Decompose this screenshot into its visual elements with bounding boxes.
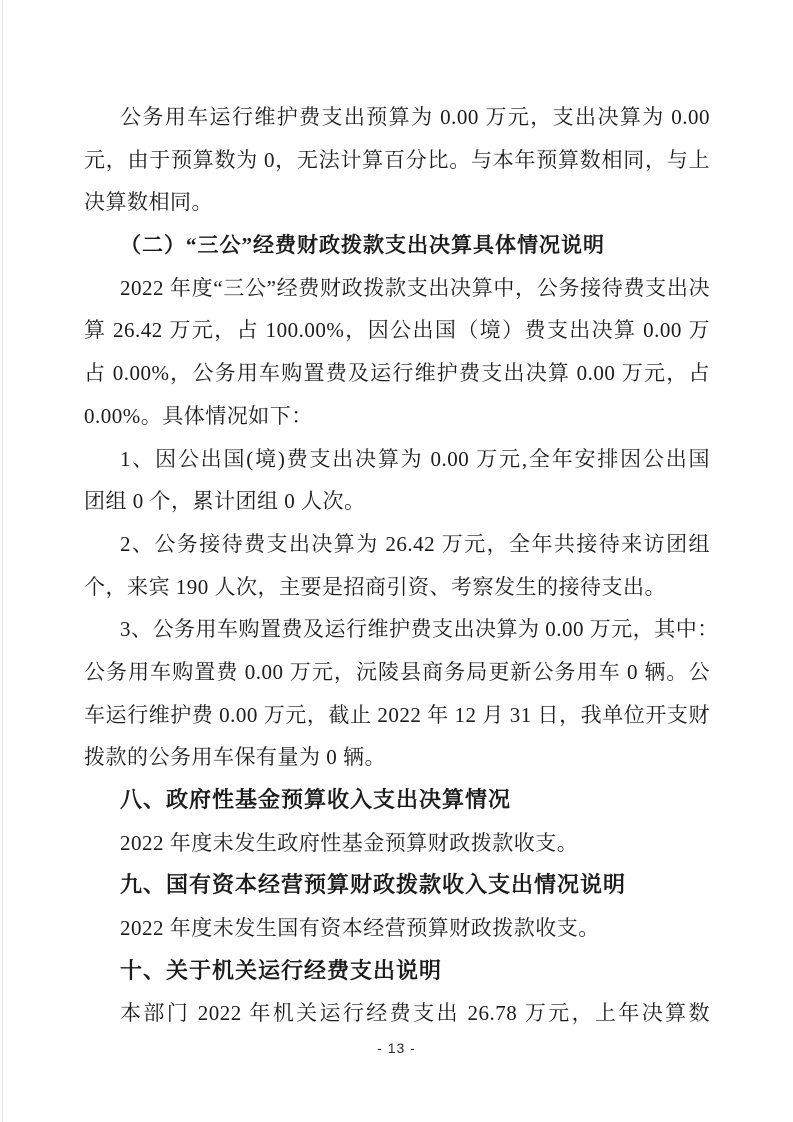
scan-edge-artifact (2, 0, 3, 1122)
paragraph-line: 算 26.42 万元，占 100.00%，因公出国（境）费支出决算 0.00 万… (84, 309, 710, 352)
paragraph-line: 车运行维护费 0.00 万元，截止 2022 年 12 月 31 日，我单位开支… (84, 694, 710, 737)
paragraph-line: 拨款的公务用车保有量为 0 辆。 (84, 736, 710, 779)
heading-section-2: （二）“三公”经费财政拨款支出决算具体情况说明 (84, 224, 710, 267)
page-number: - 13 - (0, 1038, 793, 1058)
paragraph-line: 2022 年度“三公”经费财政拨款支出决算中，公务接待费支出决 (84, 267, 710, 310)
paragraph-line: 本部门 2022 年机关运行经费支出 26.78 万元，上年决算数 79.98 (84, 992, 710, 1035)
paragraph-line: 占 0.00%，公务用车购置费及运行维护费支出决算 0.00 万元，占 (84, 352, 710, 395)
paragraph-line: 0.00%。具体情况如下： (84, 395, 710, 438)
paragraph-line: 公务用车运行维护费支出预算为 0.00 万元，支出决算为 0.00 万 (84, 96, 710, 139)
paragraph-line: 1、因公出国(境)费支出决算为 0.00 万元,全年安排因公出国(境) (84, 438, 710, 481)
paragraph-line: 公务用车购置费 0.00 万元，沅陵县商务局更新公务用车 0 辆。公务用 (84, 651, 710, 694)
paragraph-line: 2022 年度未发生国有资本经营预算财政拨款收支。 (84, 907, 710, 950)
paragraph-line: 元，由于预算数为 0，无法计算百分比。与本年预算数相同，与上年 (84, 139, 710, 182)
paragraph-line: 个，来宾 190 人次，主要是招商引资、考察发生的接待支出。 (84, 566, 710, 609)
heading-section-9: 九、国有资本经营预算财政拨款收入支出情况说明 (84, 864, 710, 907)
paragraph-line: 决算数相同。 (84, 181, 710, 224)
paragraph-line: 2022 年度未发生政府性基金预算财政拨款收支。 (84, 822, 710, 865)
paragraph-line: 3、公务用车购置费及运行维护费支出决算为 0.00 万元，其中： (84, 608, 710, 651)
paragraph-line: 团组 0 个，累计团组 0 人次。 (84, 480, 710, 523)
heading-section-8: 八、政府性基金预算收入支出决算情况 (84, 779, 710, 822)
heading-section-10: 十、关于机关运行经费支出说明 (84, 950, 710, 993)
page-content: 公务用车运行维护费支出预算为 0.00 万元，支出决算为 0.00 万 元，由于… (84, 96, 710, 1035)
paragraph-line: 2、公务接待费支出决算为 26.42 万元，全年共接待来访团组 210 (84, 523, 710, 566)
document-page: 公务用车运行维护费支出预算为 0.00 万元，支出决算为 0.00 万 元，由于… (0, 0, 793, 1122)
